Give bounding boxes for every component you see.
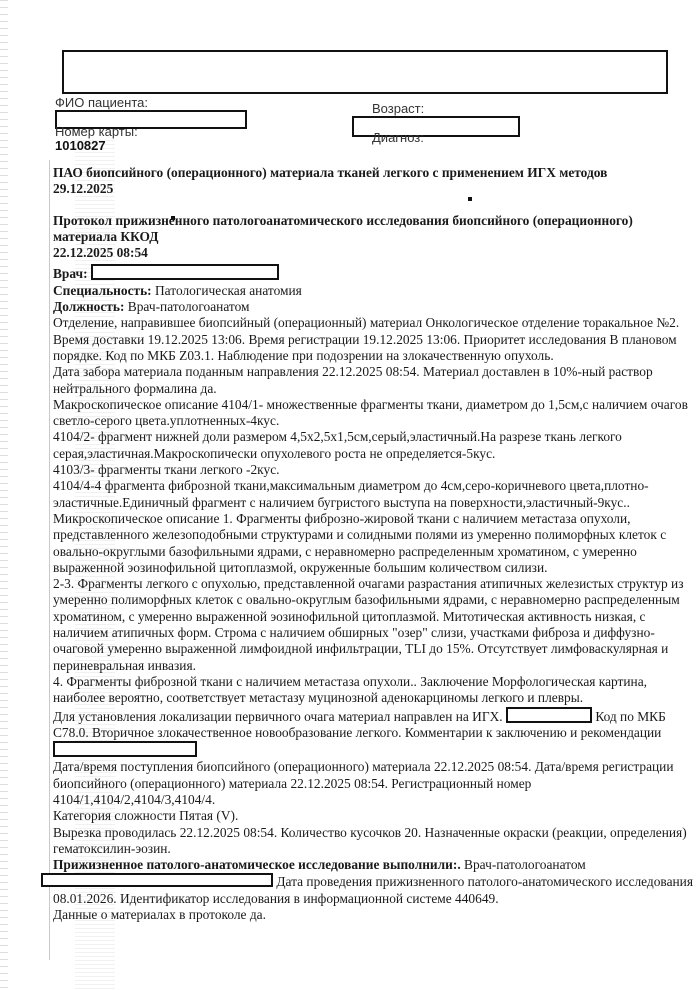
document-body: ПАО биопсийного (операционного) материал…	[53, 165, 693, 923]
patient-name-label: ФИО пациента:	[55, 95, 148, 110]
redacted-recommendations	[53, 741, 197, 757]
category-paragraph: Категория сложности Пятая (V).	[53, 808, 693, 824]
specialty-label: Специальность:	[53, 283, 152, 298]
age-label: Возраст:	[372, 101, 424, 116]
micro-2-3-paragraph: 2-3. Фрагменты легкого с опухолью, предс…	[53, 576, 693, 674]
redacted-igh	[506, 707, 592, 723]
performed-role: Врач-патологоанатом	[464, 857, 586, 872]
pao-date: 29.12.2025	[53, 181, 693, 197]
card-number: 1010827	[55, 138, 106, 153]
protocol-datetime: 22.12.2025 08:54	[53, 245, 693, 261]
materials-paragraph: Данные о материалах в протоколе да.	[53, 907, 693, 923]
macro-2-paragraph: 4104/2- фрагмент нижней доли размером 4,…	[53, 429, 693, 462]
macro-1-paragraph: Макроскопическое описание 4104/1- множес…	[53, 397, 693, 430]
scan-line	[49, 160, 50, 960]
pao-title: ПАО биопсийного (операционного) материал…	[53, 165, 693, 181]
collection-paragraph: Дата забора материала поданным направлен…	[53, 364, 693, 397]
igh-text-a: Для установления локализации первичного …	[53, 709, 503, 724]
receipt-paragraph: Дата/время поступления биопсийного (опер…	[53, 759, 693, 808]
doctor-label: Врач:	[53, 266, 88, 281]
position-value: Врач-патологоанатом	[128, 299, 250, 314]
macro-4-paragraph: 4104/4-4 фрагмента фиброзной ткани,макси…	[53, 478, 693, 576]
redacted-performer	[41, 873, 273, 887]
protocol-title: Протокол прижизненного патологоанатомиче…	[53, 213, 693, 246]
card-number-label: Номер карты:	[55, 124, 138, 139]
conclusion-paragraph: 4. Фрагменты фиброзной ткани с наличием …	[53, 674, 693, 707]
redacted-header	[62, 50, 668, 94]
diagnosis-label: Диагноз:	[372, 130, 424, 145]
redacted-doctor	[91, 264, 279, 280]
scan-noise	[0, 0, 8, 990]
cutting-paragraph: Вырезка проводилась 22.12.2025 08:54. Ко…	[53, 825, 693, 858]
specialty-value: Патологическая анатомия	[155, 283, 302, 298]
department-paragraph: Отделение, направившее биопсийный (опера…	[53, 315, 693, 364]
macro-3-paragraph: 4103/3- фрагменты ткани легкого -2кус.	[53, 462, 693, 478]
position-label: Должность:	[53, 299, 124, 314]
performed-label: Прижизненное патолого-анатомическое иссл…	[53, 857, 461, 872]
